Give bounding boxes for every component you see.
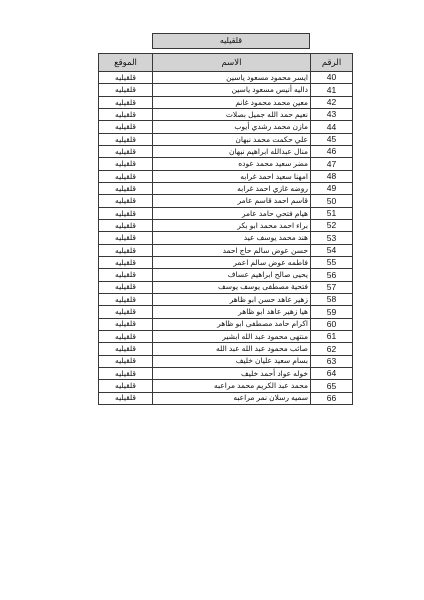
name-cell: صائب محمود عبد الله عبد الله xyxy=(153,343,311,355)
name-cell: هند محمد يوسف عيد xyxy=(153,232,311,244)
table-row: 43 نعيم حمد الله جميل بصلات قلقيليه xyxy=(99,108,353,120)
location-cell: قلقيليه xyxy=(99,392,153,404)
name-cell: هيا زهير عاهد ابو ظاهر xyxy=(153,306,311,318)
name-cell: خوله عواد أحمد خليف xyxy=(153,367,311,379)
number-cell: 41 xyxy=(311,84,353,96)
number-cell: 57 xyxy=(311,281,353,293)
number-cell: 54 xyxy=(311,244,353,256)
location-cell: قلقيليه xyxy=(99,306,153,318)
column-header-number: الرقم xyxy=(311,54,353,72)
location-cell: قلقيليه xyxy=(99,207,153,219)
location-cell: قلقيليه xyxy=(99,182,153,194)
number-cell: 62 xyxy=(311,343,353,355)
number-cell: 49 xyxy=(311,182,353,194)
name-cell: نعيم حمد الله جميل بصلات xyxy=(153,108,311,120)
table-body: 40 ايسر محمود مسعود ياسين قلقيليه 41 دال… xyxy=(99,72,353,405)
table-row: 62 صائب محمود عبد الله عبد الله قلقيليه xyxy=(99,343,353,355)
name-cell: مازن محمد رشدي أيوب xyxy=(153,121,311,133)
number-cell: 42 xyxy=(311,96,353,108)
location-cell: قلقيليه xyxy=(99,170,153,182)
table-row: 66 سميه رسلان نمر مراعبه قلقيليه xyxy=(99,392,353,404)
name-cell: هيام فتحي حامد عامر xyxy=(153,207,311,219)
names-list-table-container: قلقيليه الرقم الاسم الموقع 40 ايسر محمود… xyxy=(98,33,352,405)
name-cell: فتحية مصطفى يوسف يوسف xyxy=(153,281,311,293)
column-header-name: الاسم xyxy=(153,54,311,72)
number-cell: 55 xyxy=(311,256,353,268)
number-cell: 50 xyxy=(311,195,353,207)
name-cell: فاطمه عوض سالم اعمر xyxy=(153,256,311,268)
location-cell: قلقيليه xyxy=(99,343,153,355)
number-cell: 56 xyxy=(311,269,353,281)
number-cell: 40 xyxy=(311,72,353,84)
column-header-location: الموقع xyxy=(99,54,153,72)
table-row: 52 براء احمد محمد ابو بكر قلقيليه xyxy=(99,219,353,231)
number-cell: 65 xyxy=(311,380,353,392)
table-row: 48 امهنا سعيد احمد غرابه قلقيليه xyxy=(99,170,353,182)
table-row: 46 منال عبدالله ابراهيم نبهان قلقيليه xyxy=(99,145,353,157)
location-cell: قلقيليه xyxy=(99,318,153,330)
number-cell: 60 xyxy=(311,318,353,330)
number-cell: 43 xyxy=(311,108,353,120)
location-cell: قلقيليه xyxy=(99,133,153,145)
name-cell: امهنا سعيد احمد غرابه xyxy=(153,170,311,182)
name-cell: بسام سعيد عليان خليف xyxy=(153,355,311,367)
table-row: 63 بسام سعيد عليان خليف قلقيليه xyxy=(99,355,353,367)
location-cell: قلقيليه xyxy=(99,281,153,293)
table-row: 45 علي حكمت محمد نبهان قلقيليه xyxy=(99,133,353,145)
location-cell: قلقيليه xyxy=(99,219,153,231)
name-cell: براء احمد محمد ابو بكر xyxy=(153,219,311,231)
table-row: 64 خوله عواد أحمد خليف قلقيليه xyxy=(99,367,353,379)
number-cell: 53 xyxy=(311,232,353,244)
table-row: 60 اكرام حامد مصطفى ابو ظاهر قلقيليه xyxy=(99,318,353,330)
location-cell: قلقيليه xyxy=(99,232,153,244)
location-cell: قلقيليه xyxy=(99,158,153,170)
name-cell: ايسر محمود مسعود ياسين xyxy=(153,72,311,84)
table-row: 56 يحيى صالح ابراهيم عساف قلقيليه xyxy=(99,269,353,281)
number-cell: 59 xyxy=(311,306,353,318)
name-cell: سميه رسلان نمر مراعبه xyxy=(153,392,311,404)
name-cell: معين محمد محمود غانم xyxy=(153,96,311,108)
number-cell: 52 xyxy=(311,219,353,231)
number-cell: 51 xyxy=(311,207,353,219)
page: { "table": { "region_header": "قلقيليه",… xyxy=(0,0,424,600)
table-row: 53 هند محمد يوسف عيد قلقيليه xyxy=(99,232,353,244)
location-cell: قلقيليه xyxy=(99,367,153,379)
location-cell: قلقيليه xyxy=(99,355,153,367)
location-cell: قلقيليه xyxy=(99,195,153,207)
table-row: 42 معين محمد محمود غانم قلقيليه xyxy=(99,96,353,108)
location-cell: قلقيليه xyxy=(99,244,153,256)
location-cell: قلقيليه xyxy=(99,330,153,342)
name-cell: مضر سعيد محمد عوده xyxy=(153,158,311,170)
name-cell: داليه أنيس مسعود ياسين xyxy=(153,84,311,96)
table-header-row: الرقم الاسم الموقع xyxy=(99,54,353,72)
name-cell: علي حكمت محمد نبهان xyxy=(153,133,311,145)
table-row: 57 فتحية مصطفى يوسف يوسف قلقيليه xyxy=(99,281,353,293)
location-cell: قلقيليه xyxy=(99,96,153,108)
location-cell: قلقيليه xyxy=(99,293,153,305)
number-cell: 47 xyxy=(311,158,353,170)
number-cell: 64 xyxy=(311,367,353,379)
number-cell: 48 xyxy=(311,170,353,182)
table-row: 55 فاطمه عوض سالم اعمر قلقيليه xyxy=(99,256,353,268)
name-cell: يحيى صالح ابراهيم عساف xyxy=(153,269,311,281)
table-row: 58 زهير عاهد حسن ابو ظاهر قلقيليه xyxy=(99,293,353,305)
name-cell: اكرام حامد مصطفى ابو ظاهر xyxy=(153,318,311,330)
number-cell: 61 xyxy=(311,330,353,342)
number-cell: 66 xyxy=(311,392,353,404)
name-cell: حسن عوض سالم حاج احمد xyxy=(153,244,311,256)
name-cell: روضه غازي احمد غرابه xyxy=(153,182,311,194)
table-row: 50 قاسم احمد قاسم عامر قلقيليه xyxy=(99,195,353,207)
table-row: 61 منتهى محمود عبد الله ابشير قلقيليه xyxy=(99,330,353,342)
table-row: 59 هيا زهير عاهد ابو ظاهر قلقيليه xyxy=(99,306,353,318)
table-row: 41 داليه أنيس مسعود ياسين قلقيليه xyxy=(99,84,353,96)
number-cell: 45 xyxy=(311,133,353,145)
location-cell: قلقيليه xyxy=(99,108,153,120)
name-cell: منتهى محمود عبد الله ابشير xyxy=(153,330,311,342)
location-cell: قلقيليه xyxy=(99,145,153,157)
names-table: الرقم الاسم الموقع 40 ايسر محمود مسعود ي… xyxy=(98,53,353,405)
table-row: 40 ايسر محمود مسعود ياسين قلقيليه xyxy=(99,72,353,84)
table-row: 54 حسن عوض سالم حاج احمد قلقيليه xyxy=(99,244,353,256)
table-row: 49 روضه غازي احمد غرابه قلقيليه xyxy=(99,182,353,194)
name-cell: محمد عبد الكريم محمد مراعبه xyxy=(153,380,311,392)
number-cell: 58 xyxy=(311,293,353,305)
region-header-cell: قلقيليه xyxy=(152,33,310,49)
table-row: 44 مازن محمد رشدي أيوب قلقيليه xyxy=(99,121,353,133)
name-cell: قاسم احمد قاسم عامر xyxy=(153,195,311,207)
table-row: 65 محمد عبد الكريم محمد مراعبه قلقيليه xyxy=(99,380,353,392)
table-row: 51 هيام فتحي حامد عامر قلقيليه xyxy=(99,207,353,219)
number-cell: 46 xyxy=(311,145,353,157)
location-cell: قلقيليه xyxy=(99,84,153,96)
location-cell: قلقيليه xyxy=(99,256,153,268)
number-cell: 44 xyxy=(311,121,353,133)
table-row: 47 مضر سعيد محمد عوده قلقيليه xyxy=(99,158,353,170)
location-cell: قلقيليه xyxy=(99,121,153,133)
name-cell: منال عبدالله ابراهيم نبهان xyxy=(153,145,311,157)
location-cell: قلقيليه xyxy=(99,380,153,392)
location-cell: قلقيليه xyxy=(99,72,153,84)
number-cell: 63 xyxy=(311,355,353,367)
location-cell: قلقيليه xyxy=(99,269,153,281)
name-cell: زهير عاهد حسن ابو ظاهر xyxy=(153,293,311,305)
